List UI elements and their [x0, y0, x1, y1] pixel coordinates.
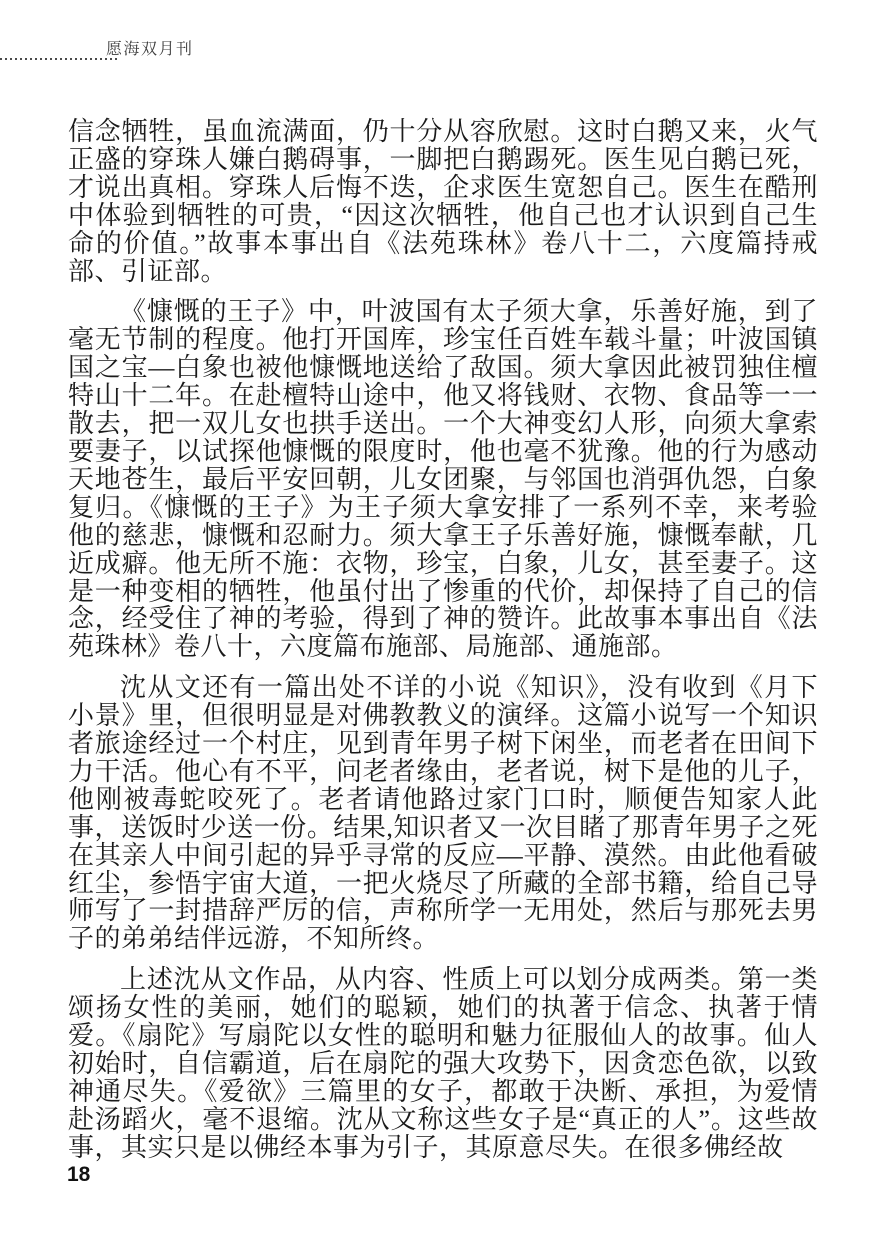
paragraph: 信念牺牲，虽血流满面，仍十分从容欣慰。这时白鹅又来，火气正盛的穿珠人嫌白鹅碍事，…: [68, 118, 818, 285]
page-header: 愿海双月刊: [0, 34, 880, 64]
journal-title: 愿海双月刊: [106, 36, 194, 59]
magazine-page: 愿海双月刊 信念牺牲，虽血流满面，仍十分从容欣慰。这时白鹅又来，火气正盛的穿珠人…: [0, 0, 880, 1257]
paragraph: 上述沈从文作品，从内容、性质上可以划分成两类。第一类颂扬女性的美丽，她们的聪颖，…: [68, 966, 818, 1161]
page-number: 18: [67, 1163, 90, 1187]
article-body: 信念牺牲，虽血流满面，仍十分从容欣慰。这时白鹅又来，火气正盛的穿珠人嫌白鹅碍事，…: [68, 118, 818, 1175]
header-dotted-rule: [0, 58, 118, 60]
paragraph: 沈从文还有一篇出处不详的小说《知识》，没有收到《月下小景》里，但很明显是对佛教教…: [68, 674, 818, 953]
paragraph: 《慷慨的王子》中，叶波国有太子须大拿，乐善好施，到了毫无节制的程度。他打开国库，…: [68, 298, 818, 661]
